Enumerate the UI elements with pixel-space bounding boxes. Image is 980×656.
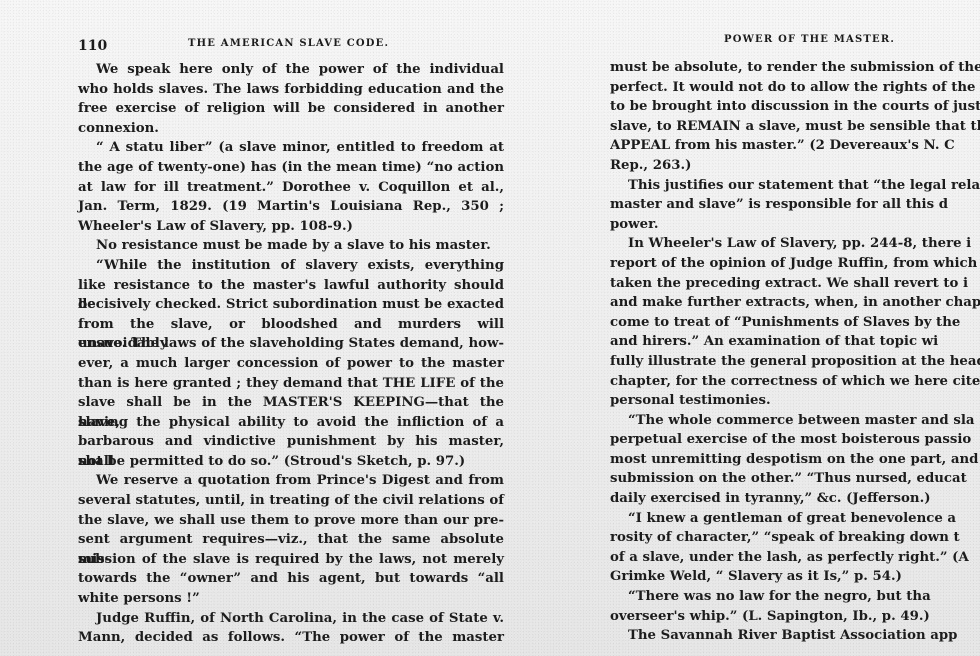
text-line: Mann, decided as follows. “The power of … [78,628,504,648]
text-line: and make further extracts, when, in anot… [610,293,980,313]
text-line: having the physical ability to avoid the… [78,413,504,433]
text-line: connexion. [78,119,504,139]
text-line: at law for ill treatment.” Dorothee v. C… [78,178,504,198]
text-line: submission on the other.” “Thus nursed, … [610,469,980,489]
text-line: Jan. Term, 1829. (19 Martin's Louisiana … [78,197,504,217]
text-line: taken the preceding extract. We shall re… [610,274,980,294]
text-line: towards the “owner” and his agent, but t… [78,569,504,589]
text-line: several statutes, until, in treating of … [78,491,504,511]
text-line: No resistance must be made by a slave to… [78,236,504,256]
text-line: “ A statu liber” (a slave minor, entitle… [78,138,504,158]
text-line: the age of twenty-one) has (in the mean … [78,158,504,178]
text-line: power. [610,215,980,235]
text-line: personal testimonies. [610,391,980,411]
text-line: overseer's whip.” (L. Sapington, Ib., p.… [610,607,980,627]
text-line: than is here granted ; they demand that … [78,374,504,394]
running-head-right: POWER OF THE MASTER. [724,34,895,45]
text-line: the slave, we shall use them to prove mo… [78,511,504,531]
text-line: ensue. The laws of the slaveholding Stat… [78,334,504,354]
text-line: The Savannah River Baptist Association a… [610,626,980,646]
text-line: Grimke Weld, “ Slavery as it Is,” p. 54.… [610,567,980,587]
text-line: barbarous and vindictive punishment by h… [78,432,504,452]
text-line: In Wheeler's Law of Slavery, pp. 244-8, … [610,234,980,254]
text-line: and hirers.” An examination of that topi… [610,332,980,352]
text-line: report of the opinion of Judge Ruffin, f… [610,254,980,274]
text-line: This justifies our statement that “the l… [610,176,980,196]
text-line: “The whole commerce between master and s… [610,411,980,431]
text-line: “There was no law for the negro, but tha [610,587,980,607]
text-line: white persons !” [78,589,504,609]
left-page-body: We speak here only of the power of the i… [78,60,504,648]
text-line: of a slave, under the lash, as perfectly… [610,548,980,568]
text-line: Judge Ruffin, of North Carolina, in the … [78,609,504,629]
text-line: who holds slaves. The laws forbidding ed… [78,80,504,100]
text-line: most unremitting despotism on the one pa… [610,450,980,470]
text-line: mission of the slave is required by the … [78,550,504,570]
text-line: sent argument requires—viz., that the sa… [78,530,504,550]
text-line: must be absolute, to render the submissi… [610,58,980,78]
text-line: Rep., 263.) [610,156,980,176]
running-head-left: THE AMERICAN SLAVE CODE. [188,38,389,49]
text-line: ever, a much larger concession of power … [78,354,504,374]
page-number: 110 [78,38,107,54]
text-line: We speak here only of the power of the i… [78,60,504,80]
text-line: free exercise of religion will be consid… [78,99,504,119]
text-line: daily exercised in tyranny,” &c. (Jeffer… [610,489,980,509]
text-line: like resistance to the master's lawful a… [78,276,504,296]
text-line: “While the institution of slavery exists… [78,256,504,276]
text-line: master and slave” is responsible for all… [610,195,980,215]
text-line: slave shall be in the MASTER'S KEEPING—t… [78,393,504,413]
text-line: slave, to REMAIN a slave, must be sensib… [610,117,980,137]
text-line: APPEAL from his master.” (2 Devereaux's … [610,136,980,156]
text-line: “I knew a gentleman of great benevolence… [610,509,980,529]
text-line: decisively checked. Strict subordination… [78,295,504,315]
text-line: perpetual exercise of the most boisterou… [610,430,980,450]
text-line: rosity of character,” “speak of breaking… [610,528,980,548]
text-line: not be permitted to do so.” (Stroud's Sk… [78,452,504,472]
text-line: come to treat of “Punishments of Slaves … [610,313,980,333]
text-line: We reserve a quotation from Prince's Dig… [78,471,504,491]
text-line: fully illustrate the general proposition… [610,352,980,372]
text-line: chapter, for the correctness of which we… [610,372,980,392]
text-line: to be brought into discussion in the cou… [610,97,980,117]
text-line: Wheeler's Law of Slavery, pp. 108-9.) [78,217,504,237]
text-line: from the slave, or bloodshed and murders… [78,315,504,335]
right-page-body: must be absolute, to render the submissi… [610,58,980,646]
text-line: perfect. It would not do to allow the ri… [610,78,980,98]
